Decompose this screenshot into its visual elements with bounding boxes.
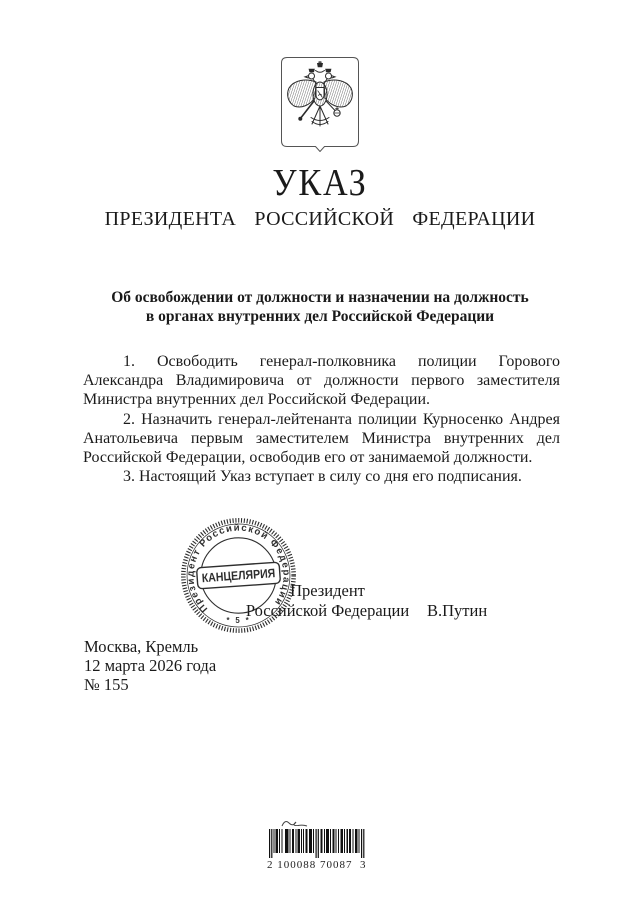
subject-line-1: Об освобождении от должности и назначени… <box>0 288 640 307</box>
decree-issuer: ПРЕЗИДЕНТА РОССИЙСКОЙ ФЕДЕРАЦИИ <box>0 208 640 231</box>
footer-date: 12 марта 2026 года <box>84 657 216 676</box>
double-headed-eagle-emblem <box>280 56 360 152</box>
decree-body: 1. Освободить генерал-полковника полиции… <box>83 352 560 486</box>
signatory-name: В.Путин <box>427 601 487 621</box>
barcode-graphic <box>266 815 370 861</box>
subject-line-2: в органах внутренних дел Российской Феде… <box>0 307 640 326</box>
decree-footer: Москва, Кремль 12 марта 2026 года № 155 <box>84 638 216 694</box>
round-seal: Президент Российской Федерации * 5 * КАН… <box>176 513 301 638</box>
handwritten-mark <box>282 822 307 826</box>
barcode-block: 2 100088 70087 3 <box>266 815 376 871</box>
decree-title: УКАЗ <box>32 161 608 205</box>
paragraph-1: 1. Освободить генерал-полковника полиции… <box>83 352 560 410</box>
barcode-digits: 2 100088 70087 3 <box>266 859 376 871</box>
decree-document: УКАЗ ПРЕЗИДЕНТА РОССИЙСКОЙ ФЕДЕРАЦИИ Об … <box>0 0 640 905</box>
chancellery-stamp: Президент Российской Федерации * 5 * КАН… <box>176 513 301 638</box>
coat-of-arms <box>280 56 360 152</box>
paragraph-2: 2. Назначить генерал-лейтенанта полиции … <box>83 410 560 468</box>
paragraph-3: 3. Настоящий Указ вступает в силу со дня… <box>83 467 560 486</box>
barcode-bars <box>269 829 364 858</box>
stamp-number: * 5 * <box>227 616 251 625</box>
footer-number: № 155 <box>84 676 216 695</box>
footer-place: Москва, Кремль <box>84 638 216 657</box>
decree-subject: Об освобождении от должности и назначени… <box>0 288 640 326</box>
